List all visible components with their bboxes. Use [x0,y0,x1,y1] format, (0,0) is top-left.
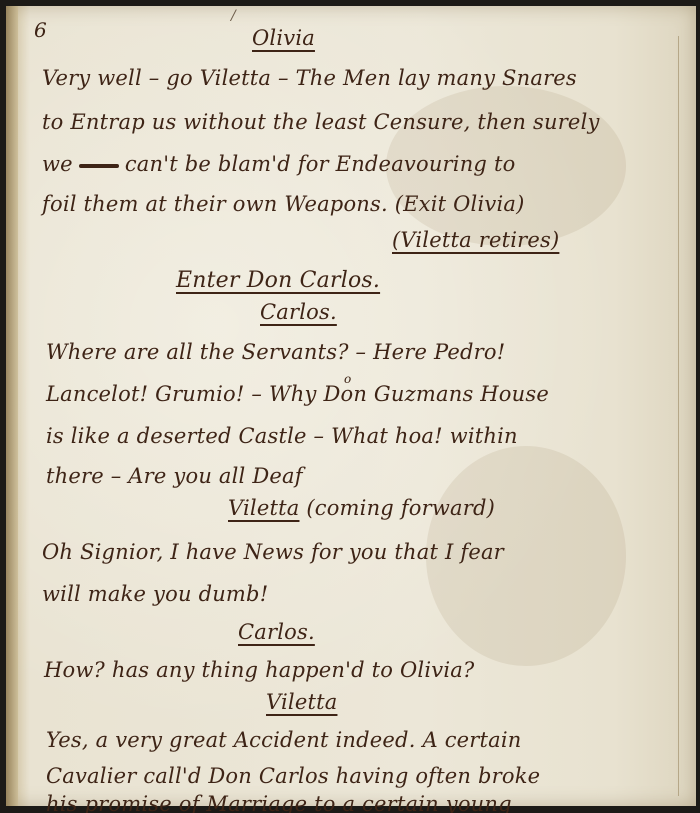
speaker-heading-carlos: Carlos. [238,620,315,644]
dialogue-line: Yes, a very great Accident indeed. A cer… [46,728,522,752]
speaker-heading-viletta-coming-forward: Viletta (coming forward) [228,496,495,520]
dialogue-line: is like a deserted Castle – What hoa! wi… [46,424,518,448]
dialogue-line: will make you dumb! [42,582,268,606]
dialogue-line-with-strikeout: wecan't be blam'd for Endeavouring to [42,152,515,176]
dialogue-line: there – Are you all Deaf [46,464,303,488]
stage-direction-enter-carlos: Enter Don Carlos. [176,268,380,293]
pencil-mark: / [231,8,236,24]
dialogue-line: How? has any thing happen'd to Olivia? [44,658,474,682]
dialogue-line: his promise of Marriage to a certain you… [46,792,512,813]
struck-out-word [79,164,119,168]
dialogue-line: foil them at their own Weapons. (Exit Ol… [42,192,524,216]
dialogue-line: to Entrap us without the least Censure, … [42,110,600,134]
dialogue-line: Where are all the Servants? – Here Pedro… [46,340,505,364]
binding-gutter [6,6,18,806]
manuscript-page: 6 / Olivia Very well – go Viletta – The … [6,6,696,806]
speaker-heading-carlos: Carlos. [260,300,337,324]
speaker-name: Viletta [228,496,299,520]
stage-direction-viletta-retires: (Viletta retires) [392,228,559,252]
speaker-heading-viletta: Viletta [266,690,337,714]
speaker-heading-olivia: Olivia [252,26,315,50]
dialogue-line: Cavalier call'd Don Carlos having often … [46,764,540,788]
speaker-direction: (coming forward) [306,496,495,520]
dialogue-line: Lancelot! Grumio! – Why Don Guzmans Hous… [46,382,549,406]
page-number: 6 [34,18,47,42]
dialogue-line: Very well – go Viletta – The Men lay man… [42,66,577,90]
dialogue-line: Oh Signior, I have News for you that I f… [42,540,504,564]
dialogue-text: can't be blam'd for Endeavouring to [125,152,516,176]
dialogue-prefix: we [42,152,73,176]
interlinear-insertion: o [344,372,351,386]
